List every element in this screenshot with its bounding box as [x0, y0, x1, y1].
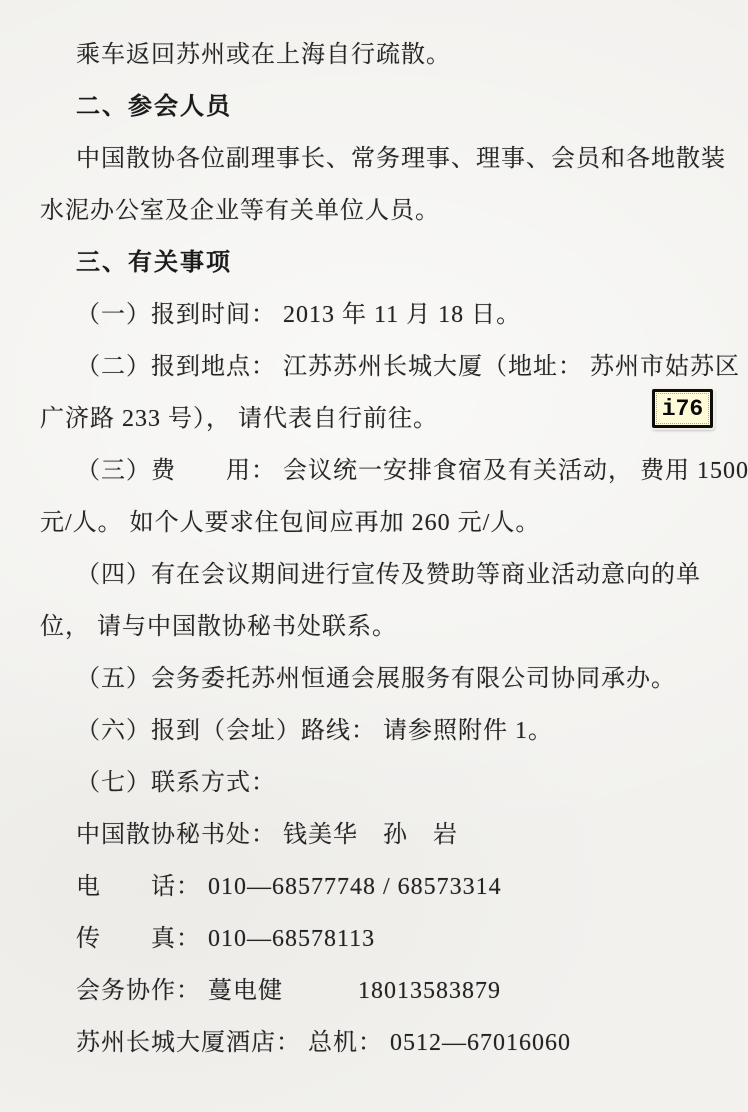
- doc-line-organizer: （五）会务委托苏州恒通会展服务有限公司协同承办。: [40, 653, 718, 705]
- doc-line: 广济路 233 号）， 请代表自行前往。: [40, 393, 718, 445]
- section-heading-matters: 三、有关事项: [40, 237, 718, 289]
- section-heading-participants: 二、参会人员: [40, 81, 718, 133]
- doc-line: 位， 请与中国散协秘书处联系。: [40, 601, 718, 653]
- doc-line-route: （六）报到（会址）路线： 请参照附件 1。: [40, 705, 718, 757]
- doc-line-checkin-time: （一）报到时间： 2013 年 11 月 18 日。: [40, 289, 718, 341]
- doc-line-fax: 传 真： 010—68578113: [40, 913, 718, 965]
- doc-line: 中国散协各位副理事长、常务理事、理事、会员和各地散装: [40, 133, 718, 185]
- doc-line-fee: （三）费 用： 会议统一安排食宿及有关活动， 费用 1500: [40, 445, 718, 497]
- doc-line: 水泥办公室及企业等有关单位人员。: [40, 185, 718, 237]
- document-body: 乘车返回苏州或在上海自行疏散。 二、参会人员 中国散协各位副理事长、常务理事、理…: [0, 0, 748, 1069]
- element-hint-badge[interactable]: i76: [652, 389, 713, 428]
- doc-line: 元/人。 如个人要求住包间应再加 260 元/人。: [40, 497, 718, 549]
- doc-line: 乘车返回苏州或在上海自行疏散。: [40, 29, 718, 81]
- doc-line-phone: 电 话： 010—68577748 / 68573314: [40, 861, 718, 913]
- doc-line-secretariat: 中国散协秘书处： 钱美华 孙 岩: [40, 809, 718, 861]
- doc-line-checkin-place: （二）报到地点： 江苏苏州长城大厦（地址： 苏州市姑苏区: [40, 341, 718, 393]
- doc-line-sponsor: （四）有在会议期间进行宣传及赞助等商业活动意向的单: [40, 549, 718, 601]
- doc-line-coordinator: 会务协作： 蔓电健 18013583879: [40, 965, 718, 1017]
- doc-line-contact-heading: （七）联系方式：: [40, 757, 718, 809]
- doc-line-hotel-phone: 苏州长城大厦酒店： 总机： 0512—67016060: [40, 1017, 718, 1069]
